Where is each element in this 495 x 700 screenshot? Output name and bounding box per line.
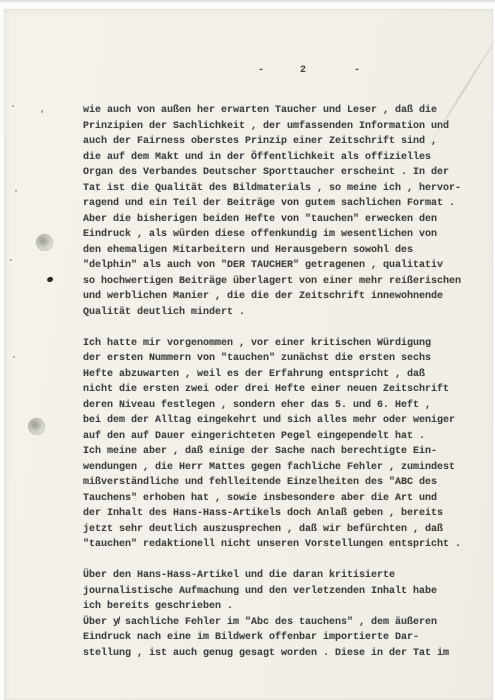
page-number: - 2 -	[258, 63, 360, 78]
text-line: Tat ist die Qualität des Bildmaterials ,…	[83, 181, 478, 197]
paper-speck	[13, 356, 15, 358]
paragraph-2: Ich hatte mir vorgenommen , vor einer kr…	[83, 336, 478, 553]
text-line: Organ des Verbandes Deutscher Sporttauch…	[83, 165, 478, 181]
text-line: Qualität deutlich mindert .	[83, 305, 478, 321]
text-line: "delphin" als auch von "DER TAUCHER" get…	[83, 258, 478, 274]
text-line: der ersten Nummern von "tauchen" zunächs…	[83, 351, 478, 367]
text-line: auf den auf Dauer eingerichteten Pegel e…	[83, 429, 478, 445]
text-line: der Inhalt des Hans-Hass-Artikels doch A…	[83, 506, 478, 522]
text-line: "tauchen" redaktionell nicht unseren Vor…	[83, 537, 478, 553]
text-line: ich bereits geschrieben .	[83, 599, 478, 615]
text-line: deren Niveau festlegen , sondern eher da…	[83, 398, 478, 414]
paper-sheet: - 2 - wie auch von außen her erwarten Ta…	[4, 9, 493, 700]
paper-speck	[10, 259, 12, 261]
text-line: wie auch von außen her erwarten Taucher …	[83, 103, 478, 119]
text-line: den ehemaligen Mitarbeitern und Herausge…	[83, 243, 478, 259]
text-line: Ich hatte mir vorgenommen , vor einer kr…	[83, 336, 478, 352]
text-line: wendungen , die Herr Mattes gegen fachli…	[83, 460, 478, 476]
text-line: Über den Hans-Hass-Artikel und die daran…	[83, 568, 478, 584]
paper-speck	[12, 105, 14, 107]
text-line: bei dem der Alltag eingekehrt und sich a…	[83, 413, 478, 429]
text-line: Ich meine aber , daß einige der Sache na…	[83, 444, 478, 460]
text-line: jetzt sehr deutlich auszusprechen , daß …	[83, 522, 478, 538]
paragraph-3: Über den Hans-Hass-Artikel und die daran…	[83, 568, 478, 661]
text-line: nicht die ersten zwei oder drei Hefte ei…	[83, 382, 478, 398]
paper-speck	[41, 110, 43, 113]
ink-stain	[36, 234, 53, 251]
text-line: auch der Fairness oberstes Prinzip einer…	[83, 134, 478, 150]
text-line: stellung , ist auch genug gesagt worden …	[83, 646, 478, 662]
text-line: so hochwertigen Beiträge überlagert von …	[83, 274, 478, 290]
paragraph-1: wie auch von außen her erwarten Taucher …	[83, 103, 478, 320]
paper-speck	[15, 190, 17, 192]
ink-dot	[46, 276, 53, 283]
ink-stain	[28, 418, 45, 435]
text-line: Prinzipien der Sachlichkeit , der umfass…	[83, 119, 478, 135]
text-line: mißverständliche und fehlleitende Einzel…	[83, 475, 478, 491]
letter-body: wie auch von außen her erwarten Taucher …	[83, 103, 478, 677]
text-line: Eindruck nach eine im Bildwerk offenbar …	[83, 630, 478, 646]
text-line: Aber die bisherigen beiden Hefte von "ta…	[83, 212, 478, 228]
text-line: Über y̸ sachliche Fehler im "Abc des tau…	[83, 615, 478, 631]
scan-top-edge	[0, 0, 495, 2]
text-line: journalistische Aufmachung und den verle…	[83, 584, 478, 600]
text-line: Eindruck , als würden diese offenkundig …	[83, 227, 478, 243]
text-line: die auf dem Makt und in der Öffentlichke…	[83, 150, 478, 166]
text-line: Hefte abzuwarten , weil es der Erfahrung…	[83, 367, 478, 383]
text-line: Tauchens" erhoben hat , sowie insbesonde…	[83, 491, 478, 507]
text-line: ragend und ein Teil der Beiträge von gut…	[83, 196, 478, 212]
text-line: und werblichen Manier , die die der Zeit…	[83, 289, 478, 305]
